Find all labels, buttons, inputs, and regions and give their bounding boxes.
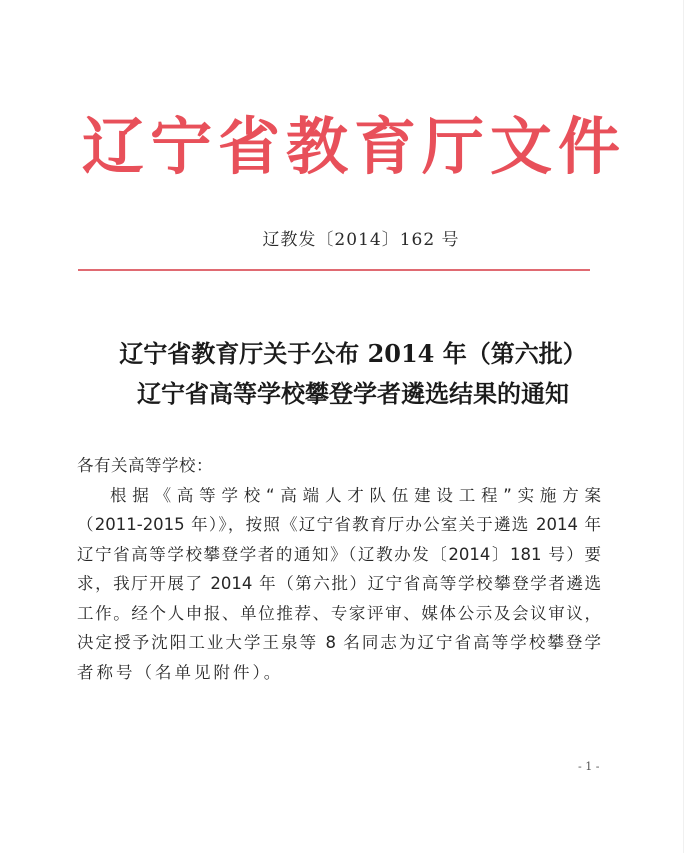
paragraph-line: 决定授予沈阳工业大学王泉等 8 名同志为辽宁省高等学校攀登学 bbox=[77, 628, 601, 658]
paragraph-line: 根据《高等学校“高端人才队伍建设工程”实施方案 bbox=[77, 481, 601, 511]
document-masthead: 辽宁省教育厅文件 bbox=[0, 112, 694, 182]
document-body: 各有关高等学校： 根据《高等学校“高端人才队伍建设工程”实施方案 （2011-2… bbox=[77, 451, 601, 687]
salutation: 各有关高等学校： bbox=[77, 451, 601, 481]
paragraph-line: 求，我厅开展了 2014 年（第六批）辽宁省高等学校攀登学者遴选 bbox=[77, 569, 601, 599]
page-number: - 1 - bbox=[578, 760, 599, 773]
paragraph-line: 者称号（名单见附件）。 bbox=[77, 658, 601, 688]
title-line-1: 辽宁省教育厅关于公布 2014 年（第六批） bbox=[12, 334, 694, 374]
paragraph-line: 工作。经个人申报、单位推荐、专家评审、媒体公示及会议审议， bbox=[77, 599, 601, 629]
document-title: 辽宁省教育厅关于公布 2014 年（第六批） 辽宁省高等学校攀登学者遴选结果的通… bbox=[0, 334, 694, 414]
paragraph-line: （2011-2015 年）》，按照《辽宁省教育厅办公室关于遴选 2014 年 bbox=[77, 510, 601, 540]
paragraph-line: 辽宁省高等学校攀登学者的通知》（辽教办发〔2014〕181 号）要 bbox=[77, 540, 601, 570]
red-divider-rule bbox=[78, 269, 590, 271]
document-number: 辽教发〔2014〕162 号 bbox=[0, 229, 694, 251]
title-line-2: 辽宁省高等学校攀登学者遴选结果的通知 bbox=[12, 374, 694, 414]
